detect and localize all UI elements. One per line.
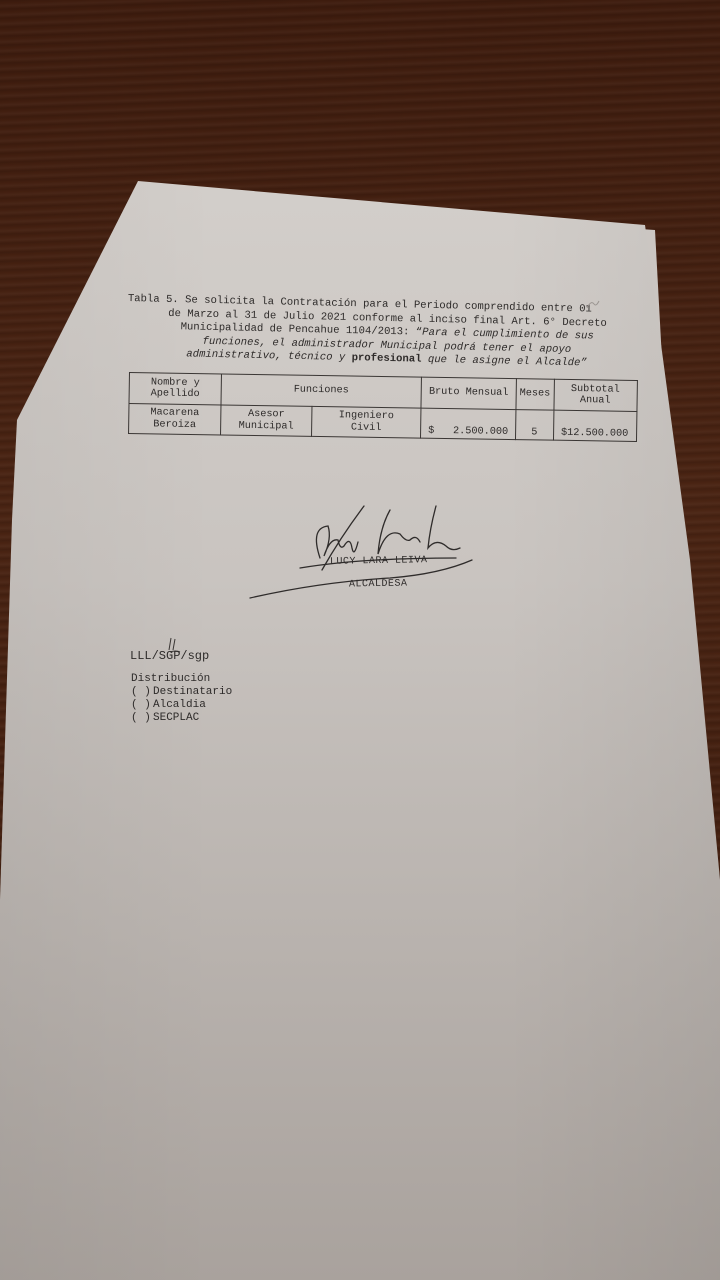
signatory-name: LUCY LARA LEIVA <box>330 555 428 568</box>
header-funciones: Funciones <box>221 374 421 408</box>
contract-table: Nombre yApellido Funciones Bruto Mensual… <box>128 372 637 442</box>
distribution-item: ( )Alcaldia <box>131 699 232 712</box>
cell-bruto-mensual: $2.500.000 <box>420 408 515 439</box>
handwritten-mark-icon <box>585 298 601 312</box>
distribution-item: ( )Destinatario <box>131 686 232 699</box>
header-subtotal: SubtotalAnual <box>554 379 637 411</box>
cell-funcion-2: IngenieroCivil <box>312 406 421 438</box>
cell-name: MacarenaBeroiza <box>129 404 221 435</box>
page-shading <box>0 0 720 1280</box>
cell-meses: 5 <box>515 410 553 441</box>
header-meses: Meses <box>516 379 554 411</box>
header-name: Nombre yApellido <box>129 373 221 405</box>
distribution-item: ( )SECPLAC <box>131 712 232 725</box>
distribution-title: Distribución <box>131 673 232 686</box>
checkbox-icon: ( ) <box>131 712 153 725</box>
header-bruto-mensual: Bruto Mensual <box>421 377 516 409</box>
signature-scribble-icon <box>240 498 480 608</box>
signatory-role: ALCALDESA <box>349 578 408 590</box>
cell-subtotal: $12.500.000 <box>553 410 636 441</box>
checkbox-icon: ( ) <box>131 686 153 699</box>
checkbox-icon: ( ) <box>131 699 153 712</box>
reference-initials: LLL/SGP/sgp <box>130 649 209 663</box>
distribution-list: Distribución ( )Destinatario ( )Alcaldia… <box>131 673 232 725</box>
table-caption: Tabla 5. Se solicita la Contratación par… <box>126 293 647 372</box>
cell-funcion-1: AsesorMunicipal <box>221 405 312 436</box>
